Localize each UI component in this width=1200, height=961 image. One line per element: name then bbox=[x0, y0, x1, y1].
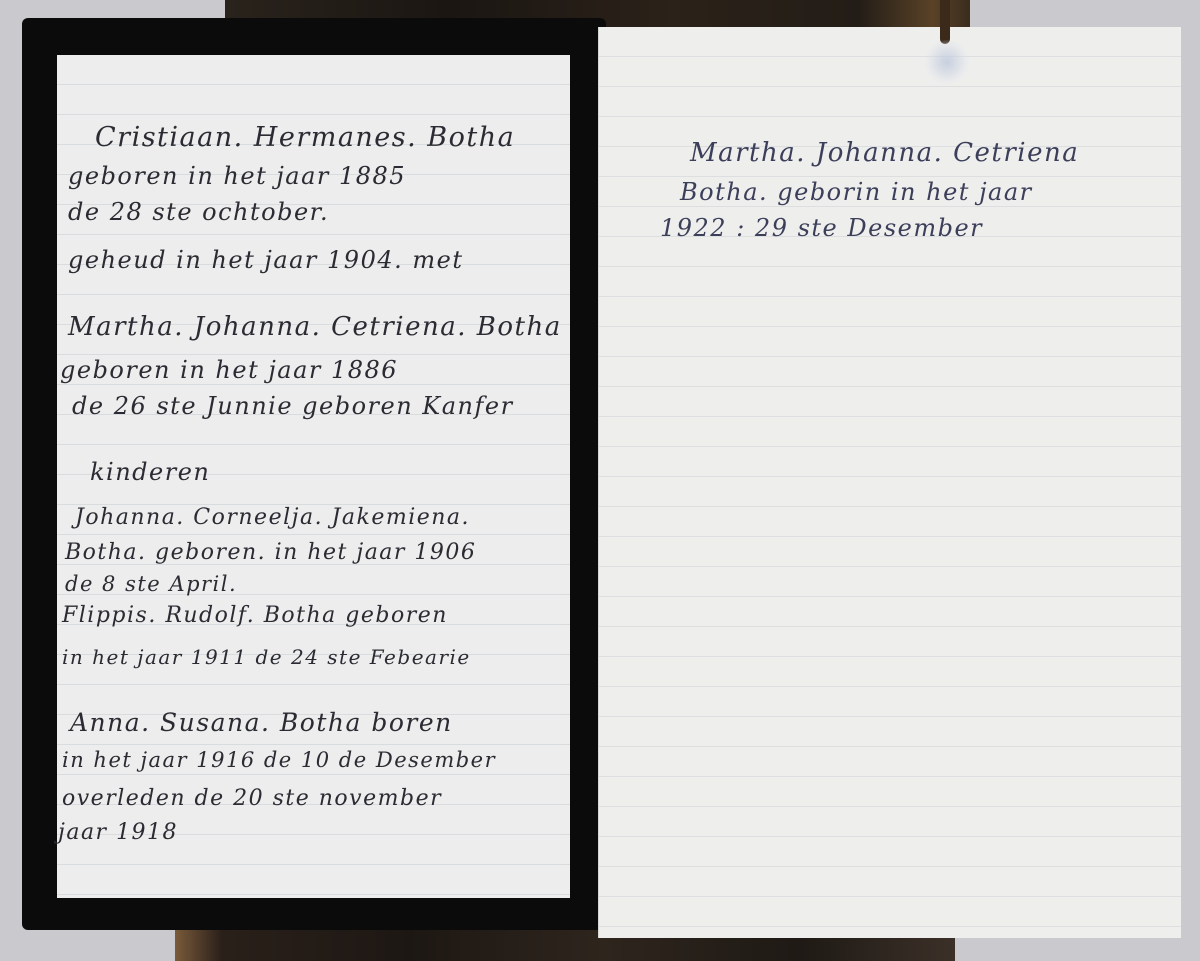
handwritten-line: Johanna. Corneelja. Jakemiena. bbox=[75, 505, 470, 530]
handwritten-line: geheud in het jaar 1904. met bbox=[68, 246, 463, 274]
handwritten-line: de 26 ste Junnie geboren Kanfer bbox=[72, 392, 514, 420]
handwritten-line: kinderen bbox=[90, 458, 210, 486]
handwritten-line: geboren in het jaar 1885 bbox=[68, 162, 406, 190]
handwritten-line: de 8 ste April. bbox=[65, 572, 237, 596]
handwritten-line: overleden de 20 ste november bbox=[62, 786, 442, 811]
handwritten-line: 1922 : 29 ste Desember bbox=[660, 214, 983, 242]
handwritten-line: Martha. Johanna. Cetriena bbox=[690, 138, 1079, 168]
handwritten-line: Martha. Johanna. Cetriena. Botha bbox=[68, 312, 562, 342]
pin-icon bbox=[940, 0, 950, 44]
handwritten-line: geboren in het jaar 1886 bbox=[60, 356, 398, 384]
handwritten-line: in het jaar 1911 de 24 ste Febearie bbox=[62, 645, 471, 669]
handwritten-line: Flippis. Rudolf. Botha geboren bbox=[62, 603, 448, 628]
handwritten-line: jaar 1918 bbox=[58, 820, 178, 845]
handwritten-line: Anna. Susana. Botha boren bbox=[70, 708, 453, 737]
handwritten-line: Botha. geborin in het jaar bbox=[680, 178, 1033, 206]
handwritten-line: in het jaar 1916 de 10 de Desember bbox=[62, 748, 496, 772]
handwritten-line: de 28 ste ochtober. bbox=[68, 198, 329, 226]
pin-stain bbox=[925, 40, 969, 84]
handwritten-line: Cristiaan. Hermanes. Botha bbox=[95, 122, 515, 153]
handwritten-line: Botha. geboren. in het jaar 1906 bbox=[65, 540, 476, 565]
